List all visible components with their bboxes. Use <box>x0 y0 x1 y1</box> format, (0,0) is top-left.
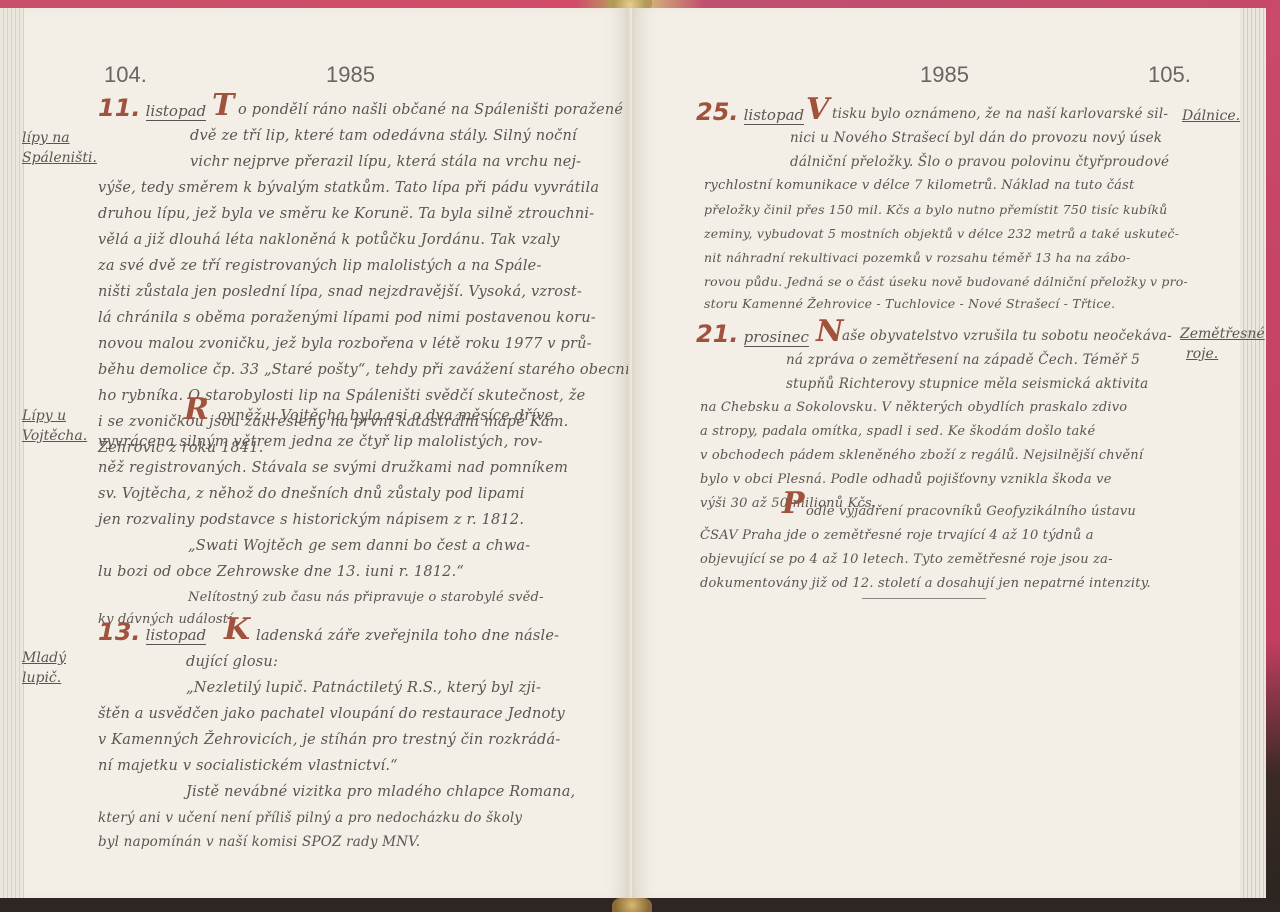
entry-date: 21. prosinec <box>696 320 809 348</box>
entry-month: listopad <box>146 626 207 645</box>
entry-day: 11. <box>98 94 141 122</box>
text-line: v Kamenných Žehrovicích, je stíhán pro t… <box>98 732 560 748</box>
ribbon-clasp-bottom <box>612 898 652 912</box>
drop-cap: V <box>806 92 829 127</box>
text-line: bylo v obci Plesná. Podle odhadů pojišťo… <box>700 472 1112 487</box>
text-line: „Swati Wojtěch ge sem danni bo čest a ch… <box>188 538 530 554</box>
entry-day: 13. <box>98 618 141 646</box>
margin-note: Zemětřesné roje. <box>1180 324 1265 364</box>
text-line: stupňů Richterovy stupnice měla seismick… <box>786 376 1148 392</box>
text-line: novou malou zvoničku, jež byla rozbořena… <box>98 336 592 352</box>
drop-cap: N <box>816 314 843 349</box>
text-line: lu bozi od obce Zehrowske dne 13. iuni r… <box>98 564 464 580</box>
entry-day: 25. <box>696 98 739 126</box>
text-line: „Nezletilý lupič. Patnáctiletý R.S., kte… <box>186 680 541 696</box>
margin-note: Lípy u Vojtěcha. <box>22 406 87 446</box>
text-line: vyvrácena silným větrem jedna ze čtyř li… <box>98 434 543 450</box>
text-line: druhou lípu, jež byla ve směru ke Korunë… <box>98 206 594 222</box>
text-line: Nelítostný zub času nás připravuje o sta… <box>188 590 544 605</box>
text-line: rychlostní komunikace v délce 7 kilometr… <box>704 178 1134 193</box>
text-line: dálniční přeložky. Šlo o pravou polovinu… <box>790 154 1169 170</box>
text-line: vělá a již dlouhá léta nakloněná k potůč… <box>98 232 560 248</box>
text-line: ovněž u Vojtěcha byla asi o dva měsíce d… <box>218 408 553 424</box>
left-page-year: 1985 <box>326 62 375 88</box>
text-line: v obchodech pádem skleněného zboží z reg… <box>700 448 1143 463</box>
drop-cap: P <box>782 486 805 521</box>
text-line: dvě ze tří lip, které tam odedávna stály… <box>190 128 577 144</box>
text-line: štěn a usvědčen jako pachatel vloupání d… <box>98 706 565 722</box>
text-line: odle vyjádření pracovníků Geofyzikálního… <box>806 504 1136 519</box>
drop-cap: R <box>184 392 209 427</box>
text-line: ní majetku v socialistickém vlastnictví.… <box>98 758 398 774</box>
text-line: ladenská záře zveřejnila toho dne násle- <box>256 628 559 644</box>
text-line: výše, tedy směrem k bývalým statkům. Tat… <box>98 180 599 196</box>
text-line: ništi zůstala jen poslední lípa, snad ne… <box>98 284 582 300</box>
right-page-year: 1985 <box>920 62 969 88</box>
text-line: jen rozvaliny podstavce s historickým ná… <box>98 512 524 528</box>
entry-month: listopad <box>146 102 207 121</box>
right-page-number: 105. <box>1148 62 1191 88</box>
text-line: nit náhradní rekultivaci pozemků v rozsa… <box>704 250 1130 265</box>
entry-date: 11. listopad <box>98 94 206 122</box>
text-line: dokumentovány již od 12. století a dosah… <box>700 576 1151 591</box>
text-line: o pondělí ráno našli občané na Spáleništ… <box>238 102 623 118</box>
text-line: aše obyvatelstvo vzrušila tu sobotu neoč… <box>842 328 1172 344</box>
margin-note: Mladý lupič. <box>22 648 66 688</box>
text-line: sv. Vojtěcha, z něhož do dnešních dnů zů… <box>98 486 525 502</box>
entry-month: listopad <box>744 106 805 125</box>
text-line: byl napomínán v naší komisi SPOZ rady MN… <box>98 834 420 850</box>
entry-day: 21. <box>696 320 739 348</box>
section-end-rule <box>862 598 986 599</box>
text-line: ČSAV Praha jde o zemětřesné roje trvajíc… <box>700 528 1094 543</box>
drop-cap: T <box>212 88 234 123</box>
text-line: zeminy, vybudovat 5 mostních objektů v d… <box>704 226 1179 241</box>
text-line: něž registrovaných. Stávala se svými dru… <box>98 460 568 476</box>
text-line: přeložky činil přes 150 mil. Kčs a bylo … <box>704 202 1167 217</box>
text-line: storu Kamenné Žehrovice - Tuchlovice - N… <box>704 296 1115 311</box>
book-cover-right <box>1266 0 1280 912</box>
text-line: objevující se po 4 až 10 letech. Tyto ze… <box>700 552 1113 567</box>
left-page-number: 104. <box>104 62 147 88</box>
text-line: dující glosu: <box>186 654 278 670</box>
text-line: běhu demolice čp. 33 „Staré pošty“, tehd… <box>98 362 635 378</box>
text-line: Jistě nevábné vizitka pro mladého chlapc… <box>186 784 575 800</box>
text-line: za své dvě ze tří registrovaných lip mal… <box>98 258 542 274</box>
text-line: lá chránila s oběma poraženými lípami po… <box>98 310 596 326</box>
text-line: tisku bylo oznámeno, že na naší karlovar… <box>832 106 1168 122</box>
text-line: ná zpráva o zemětřesení na západě Čech. … <box>786 352 1140 368</box>
right-page-edges <box>1240 8 1266 898</box>
text-line: který ani v učení není příliš pilný a pr… <box>98 810 522 826</box>
text-line: nici u Nového Strašecí byl dán do provoz… <box>790 130 1162 146</box>
margin-note: Dálnice. <box>1182 106 1240 126</box>
text-line: na Chebsku a Sokolovsku. V některých oby… <box>700 400 1127 415</box>
text-line: rovou půdu. Jedná se o část úseku nově b… <box>704 274 1188 289</box>
entry-date: 25. listopad <box>696 98 804 126</box>
text-line: vichr nejprve přerazil lípu, která stála… <box>190 154 581 170</box>
drop-cap: K <box>224 612 250 647</box>
margin-note: lípy na Spáleništi. <box>22 128 97 168</box>
text-line: ho rybníka. O starobylosti lip na Spálen… <box>98 388 585 404</box>
entry-month: prosinec <box>744 328 809 347</box>
left-page-edges <box>0 8 24 898</box>
text-line: a stropy, padala omítka, spadl i sed. Ke… <box>700 424 1095 439</box>
entry-date: 13. listopad <box>98 618 206 646</box>
